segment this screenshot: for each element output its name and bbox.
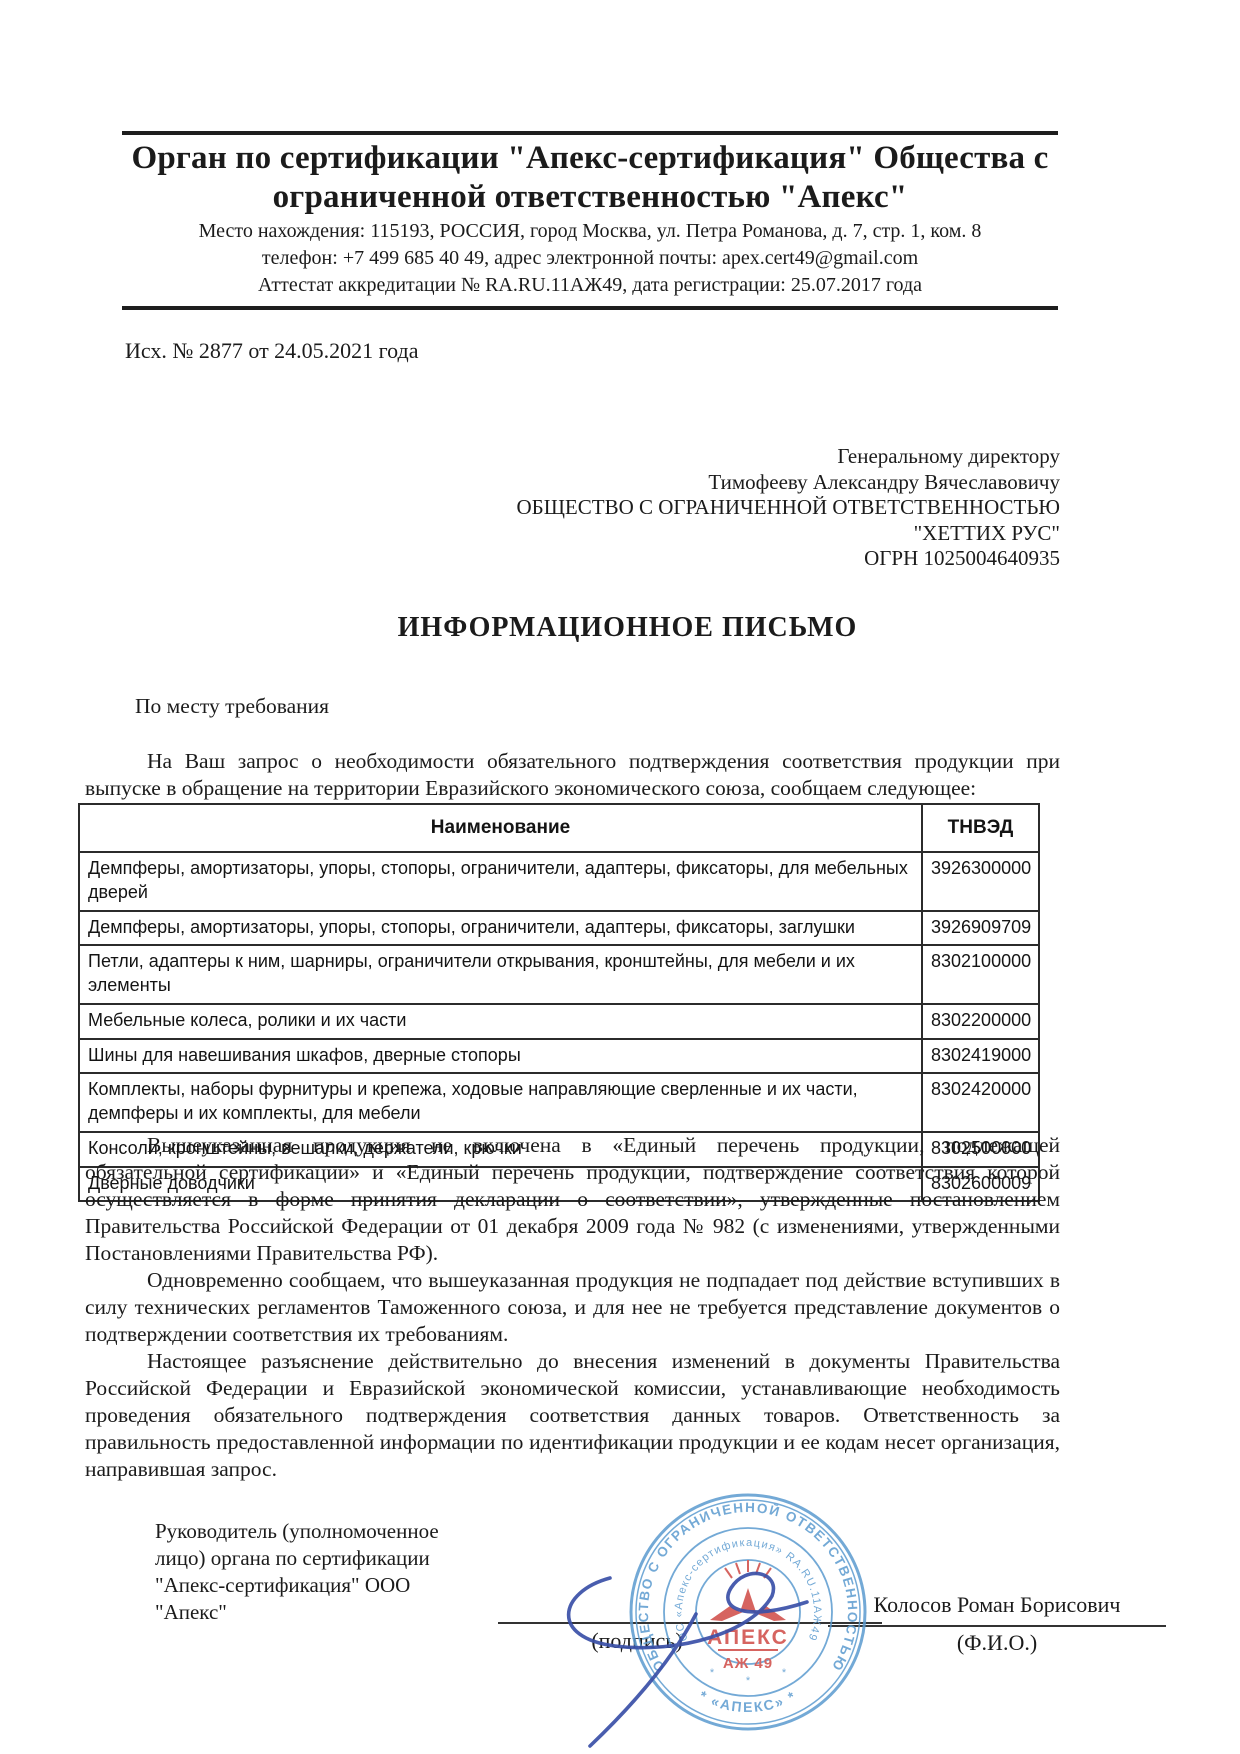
tnved-code-cell: 3926909709 — [922, 911, 1039, 946]
stamp-bottom-ring-textpath: * «АПЕКС» * — [697, 1687, 800, 1715]
recipient-line: ОБЩЕСТВО С ОГРАНИЧЕННОЙ ОТВЕТСТВЕННОСТЬЮ — [517, 495, 1061, 521]
body-paragraphs: Вышеуказанная продукция не включена в «Е… — [85, 1132, 1060, 1483]
stamp-middle-circle — [664, 1528, 832, 1696]
fio-caption: (Ф.И.О.) — [828, 1630, 1166, 1656]
table-row: Демпферы, амортизаторы, упоры, стопоры, … — [79, 911, 1039, 946]
signature-caption: (подпись) — [557, 1628, 717, 1654]
table-header-row: Наименование ТНВЭД — [79, 804, 1039, 852]
document-title: ИНФОРМАЦИОННОЕ ПИСЬМО — [85, 612, 1060, 644]
stamp-center-logo: АПЕКС АЖ 49 — [707, 1560, 789, 1672]
letterhead-block: Орган по сертификации "Апекс-сертификаци… — [122, 131, 1058, 310]
column-header-name: Наименование — [79, 804, 922, 852]
tnved-code-cell: 8302419000 — [922, 1039, 1039, 1074]
fio-rule — [828, 1625, 1166, 1627]
recipient-block: Генеральному директору Тимофееву Алексан… — [517, 444, 1061, 572]
outgoing-reference: Исх. № 2877 от 24.05.2021 года — [125, 338, 418, 364]
recipient-line: "ХЕТТИХ РУС" — [517, 521, 1061, 547]
tnved-code-cell: 8302200000 — [922, 1004, 1039, 1039]
org-title-line2: ограниченной ответственностью "Апекс" — [122, 178, 1058, 217]
recipient-line: Генеральному директору — [517, 444, 1061, 470]
product-name-cell: Петли, адаптеры к ним, шарниры, ограничи… — [79, 945, 922, 1004]
product-name-cell: Комплекты, наборы фурнитуры и крепежа, х… — [79, 1073, 922, 1132]
product-name-cell: Мебельные колеса, ролики и их части — [79, 1004, 922, 1039]
signatory-title-line: Руководитель (уполномоченное — [155, 1518, 515, 1545]
signatory-title-line: "Апекс-сертификация" ООО — [155, 1572, 515, 1599]
table-row: Демпферы, амортизаторы, упоры, стопоры, … — [79, 852, 1039, 911]
product-name-cell: Демпферы, амортизаторы, упоры, стопоры, … — [79, 852, 922, 911]
table-row: Петли, адаптеры к ним, шарниры, ограничи… — [79, 945, 1039, 1004]
addressee-note: По месту требования — [135, 694, 329, 719]
document-page: Орган по сертификации "Апекс-сертификаци… — [0, 0, 1240, 1754]
signatory-title-line: лицо) органа по сертификации — [155, 1545, 515, 1572]
signatory-title-block: Руководитель (уполномоченное лицо) орган… — [155, 1518, 515, 1626]
logo-rays — [725, 1560, 771, 1578]
recipient-line: Тимофееву Александру Вячеславовичу — [517, 470, 1061, 496]
product-name-cell: Шины для навешивания шкафов, дверные сто… — [79, 1039, 922, 1074]
recipient-line: ОГРН 1025004640935 — [517, 546, 1061, 572]
signature-rule — [498, 1622, 882, 1624]
signatory-full-name: Колосов Роман Борисович — [828, 1592, 1166, 1618]
org-accreditation-line: Аттестат аккредитации № RA.RU.11АЖ49, да… — [122, 272, 1058, 298]
paragraph: Настоящее разъяснение действительно до в… — [85, 1348, 1060, 1483]
signatory-title-line: "Апекс" — [155, 1599, 515, 1626]
stamp-outer-inner-circle — [636, 1500, 860, 1724]
intro-paragraph: На Ваш запрос о необходимости обязательн… — [85, 748, 1060, 802]
table-row: Мебельные колеса, ролики и их части 8302… — [79, 1004, 1039, 1039]
table-row: Комплекты, наборы фурнитуры и крепежа, х… — [79, 1073, 1039, 1132]
org-title-line1: Орган по сертификации "Апекс-сертификаци… — [122, 139, 1058, 178]
tnved-code-cell: 8302420000 — [922, 1073, 1039, 1132]
tnved-code-cell: 8302100000 — [922, 945, 1039, 1004]
stamp-bottom-ring-text: * «АПЕКС» * — [697, 1687, 800, 1715]
paragraph: Одновременно сообщаем, что вышеуказанная… — [85, 1267, 1060, 1348]
product-name-cell: Демпферы, амортизаторы, упоры, стопоры, … — [79, 911, 922, 946]
stamp-star-center: * — [746, 1675, 751, 1687]
org-address-line: Место нахождения: 115193, РОССИЯ, город … — [122, 218, 1058, 244]
stamp-star-left: * — [710, 1667, 715, 1679]
stamp-center-code: АЖ 49 — [723, 1655, 773, 1672]
table-row: Шины для навешивания шкафов, дверные сто… — [79, 1039, 1039, 1074]
stamp-center-name: АПЕКС — [707, 1626, 789, 1649]
logo-mountain — [710, 1588, 786, 1621]
org-phone-line: телефон: +7 499 685 40 49, адрес электро… — [122, 245, 1058, 271]
tnved-code-cell: 3926300000 — [922, 852, 1039, 911]
column-header-code: ТНВЭД — [922, 804, 1039, 852]
stamp-star-right: * — [782, 1667, 787, 1679]
paragraph: Вышеуказанная продукция не включена в «Е… — [85, 1132, 1060, 1267]
